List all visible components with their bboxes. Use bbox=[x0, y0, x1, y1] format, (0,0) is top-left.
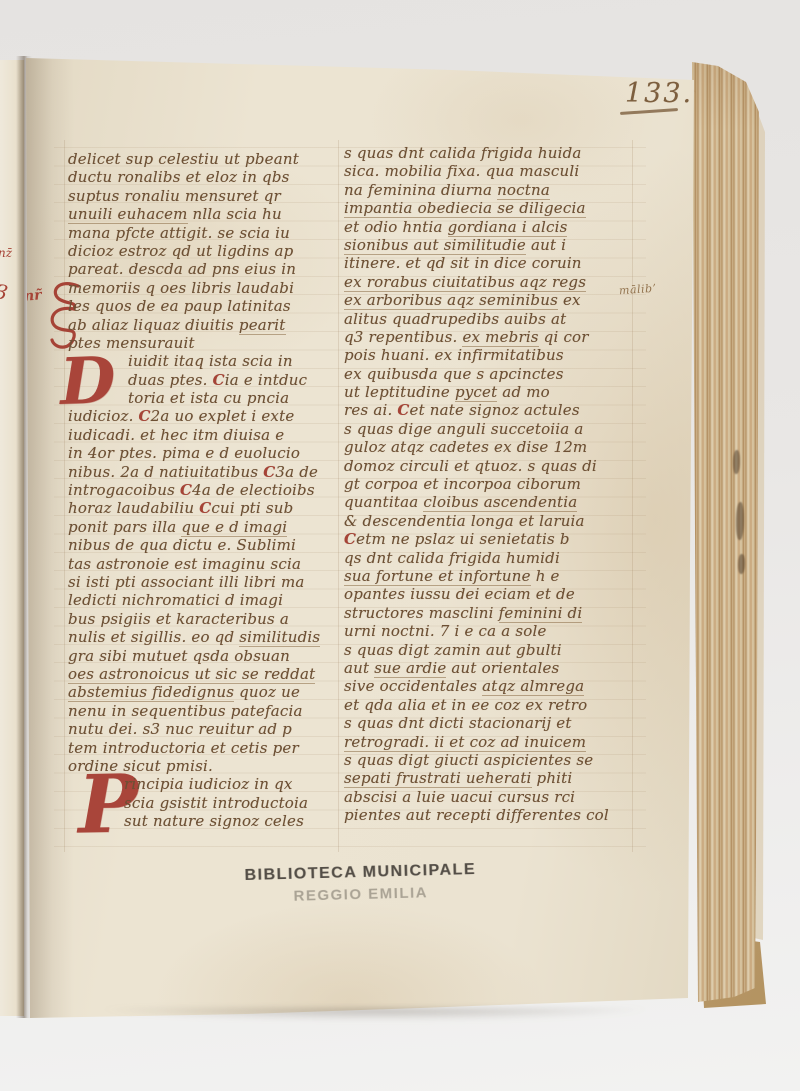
library-stamp: BIBLIOTECA MUNICIPALE REGGIO EMILIA bbox=[208, 860, 514, 907]
text-column-right: s quas dnt calida frigida huidasica. mob… bbox=[344, 144, 634, 824]
manuscript-text-line: ex quibusda que s apcinctes bbox=[344, 365, 634, 383]
manuscript-text-line: domoz circuli et qtuoz. s quas di bbox=[344, 457, 634, 475]
manuscript-text-line: ex arboribus aqz seminibus ex bbox=[344, 291, 634, 309]
manuscript-text-line: dicioz estroz qd ut ligdins ap bbox=[68, 242, 338, 260]
manuscript-text-line: s quas digt giucti aspicientes se bbox=[344, 751, 634, 769]
manuscript-text-line: horaz laudabiliu Ccui pti sub bbox=[68, 499, 338, 517]
book-drop-shadow bbox=[30, 1008, 720, 1024]
library-stamp-line2: REGGIO EMILIA bbox=[208, 882, 513, 907]
manuscript-text-line: & descendentia longa et laruia bbox=[344, 512, 634, 530]
parchment-page: 133. nr̃ mālib’ D P delicet sup celestiu… bbox=[0, 0, 800, 1091]
manuscript-text-line: tas astronoie est imaginu scia bbox=[68, 555, 338, 573]
manuscript-text-line: aut sue ardie aut orientales bbox=[344, 659, 634, 677]
manuscript-text-line: bus psigiis et karacteribus a bbox=[68, 610, 338, 628]
manuscript-text-line: nenu in sequentibus patefacia bbox=[68, 702, 338, 720]
manuscript-text-line: memoriis q oes libris laudabi bbox=[68, 279, 338, 297]
manuscript-text-line: s quas dnt calida frigida huida bbox=[344, 144, 634, 162]
manuscript-text-line: iudicadi. et hec itm diuisa e bbox=[68, 426, 338, 444]
column-bounding-line bbox=[64, 140, 65, 852]
manuscript-text-line: sionibus aut similitudie aut i bbox=[344, 236, 634, 254]
manuscript-text-line: oes astronoicus ut sic se reddat bbox=[68, 665, 338, 683]
manuscript-text-line: urni noctni. 7 i e ca a sole bbox=[344, 622, 634, 640]
manuscript-text-line: res ai. Cet nate signoz actules bbox=[344, 401, 634, 419]
manuscript-text-line: Cetm ne pslaz ui senietatis b bbox=[344, 530, 634, 548]
manuscript-text-line: iuidit itaq ista scia in bbox=[68, 352, 338, 370]
manuscript-text-line: nibus de qua dictu e. Sublimi bbox=[68, 536, 338, 554]
manuscript-text-line: s quas dnt dicti stacionarij et bbox=[344, 714, 634, 732]
marginal-fragment: nz̄ bbox=[0, 246, 12, 260]
manuscript-text-line: ex rorabus ciuitatibus aqz regs bbox=[344, 273, 634, 291]
manuscript-text-line: sive occidentales atqz almrega bbox=[344, 677, 634, 695]
manuscript-text-line: abstemius fidedignus quoz ue bbox=[68, 683, 338, 701]
fore-edge-ink-mark bbox=[738, 554, 745, 574]
manuscript-text-line: guloz atqz cadetes ex dise 12m bbox=[344, 438, 634, 456]
manuscript-text-line: iudicioz. C2a uo explet i exte bbox=[68, 407, 338, 425]
manuscript-text-line: q3 repentibus. ex mebris qi cor bbox=[344, 328, 634, 346]
manuscript-text-line: ponit pars illa que e d imagi bbox=[68, 518, 338, 536]
manuscript-text-line: rincipia iudicioz in qx bbox=[68, 775, 338, 793]
fore-edge-ink-mark bbox=[733, 450, 740, 474]
manuscript-text-line: les quos de ea paup latinitas bbox=[68, 297, 338, 315]
manuscript-text-line: pareat. descda ad pns eius in bbox=[68, 260, 338, 278]
manuscript-text-line: structores masclini feminini di bbox=[344, 604, 634, 622]
manuscript-text-line: mana pfcte attigit. se scia iu bbox=[68, 224, 338, 242]
manuscript-text-line: sica. mobilia fixa. qua masculi bbox=[344, 162, 634, 180]
manuscript-text-line: sepati frustrati ueherati phiti bbox=[344, 769, 634, 787]
manuscript-text-line: sut nature signoz celes bbox=[68, 812, 338, 830]
manuscript-text-line: impantia obediecia se diligecia bbox=[344, 199, 634, 217]
manuscript-text-line: tem introductoria et cetis per bbox=[68, 739, 338, 757]
manuscript-text-line: ab aliaz liquaz diuitis pearit bbox=[68, 316, 338, 334]
manuscript-text-line: si isti pti associant illi libri ma bbox=[68, 573, 338, 591]
marginal-fragment: 3 bbox=[0, 279, 10, 305]
manuscript-text-line: unuili euhacem nlla scia hu bbox=[68, 205, 338, 223]
manuscript-text-line: pientes aut recepti differentes col bbox=[344, 806, 634, 824]
manuscript-text-line: gt corpoa et incorpoa ciborum bbox=[344, 475, 634, 493]
manuscript-text-line: ptes mensurauit bbox=[68, 334, 338, 352]
manuscript-text-line: et odio hntia gordiana i alcis bbox=[344, 218, 634, 236]
manuscript-text-line: itinere. et qd sit in dice coruin bbox=[344, 254, 634, 272]
manuscript-text-line: introgacoibus C4a de electioibs bbox=[68, 481, 338, 499]
manuscript-text-line: ut leptitudine pycet ad mo bbox=[344, 383, 634, 401]
manuscript-photograph: nz̄ 3 133. nr̃ mālib’ D P delicet sup ce… bbox=[0, 0, 800, 1091]
manuscript-text-line: nibus. 2a d natiuitatibus C3a de bbox=[68, 463, 338, 481]
folio-number: 133. bbox=[625, 78, 693, 109]
manuscript-text-line: ductu ronalibs et eloz in qbs bbox=[68, 168, 338, 186]
manuscript-text-line: in 4or ptes. pima e d euolucio bbox=[68, 444, 338, 462]
manuscript-text-line: gra sibi mutuet qsda obsuan bbox=[68, 647, 338, 665]
manuscript-text-line: nutu dei. s3 nuc reuitur ad p bbox=[68, 720, 338, 738]
manuscript-text-line: na feminina diurna noctna bbox=[344, 181, 634, 199]
manuscript-text-line: ledicti nichromatici d imagi bbox=[68, 591, 338, 609]
manuscript-text-line: quantitaa cloibus ascendentia bbox=[344, 493, 634, 511]
manuscript-text-line: nulis et sigillis. eo qd similitudis bbox=[68, 628, 338, 646]
manuscript-text-line: pois huani. ex infirmitatibus bbox=[344, 346, 634, 364]
manuscript-text-line: sua fortune et infortune h e bbox=[344, 567, 634, 585]
manuscript-text-line: et qda alia et in ee coz ex retro bbox=[344, 696, 634, 714]
text-column-left: delicet sup celestiu ut pbeantductu rona… bbox=[68, 150, 338, 830]
manuscript-text-line: suptus ronaliu mensuret qr bbox=[68, 187, 338, 205]
fore-edge-ink-mark bbox=[736, 502, 744, 540]
manuscript-text-line: s quas dige anguli succetoiia a bbox=[344, 420, 634, 438]
manuscript-text-line: abscisi a luie uacui cursus rci bbox=[344, 788, 634, 806]
manuscript-text-line: delicet sup celestiu ut pbeant bbox=[68, 150, 338, 168]
library-stamp-line1: BIBLIOTECA MUNICIPALE bbox=[208, 860, 513, 886]
manuscript-text-line: scia gsistit introductoia bbox=[68, 794, 338, 812]
manuscript-text-line: alitus quadrupedibs auibs at bbox=[344, 310, 634, 328]
manuscript-text-line: retrogradi. ii et coz ad inuicem bbox=[344, 733, 634, 751]
manuscript-text-line: toria et ista cu pncia bbox=[68, 389, 338, 407]
manuscript-text-line: opantes iussu dei eciam et de bbox=[344, 585, 634, 603]
manuscript-text-line: duas ptes. Cia e intduc bbox=[68, 371, 338, 389]
manuscript-text-line: s quas digt zamin aut gbulti bbox=[344, 641, 634, 659]
column-bounding-line bbox=[338, 140, 339, 852]
manuscript-text-line: ordine sicut pmisi. bbox=[68, 757, 338, 775]
manuscript-text-line: qs dnt calida frigida humidi bbox=[344, 549, 634, 567]
